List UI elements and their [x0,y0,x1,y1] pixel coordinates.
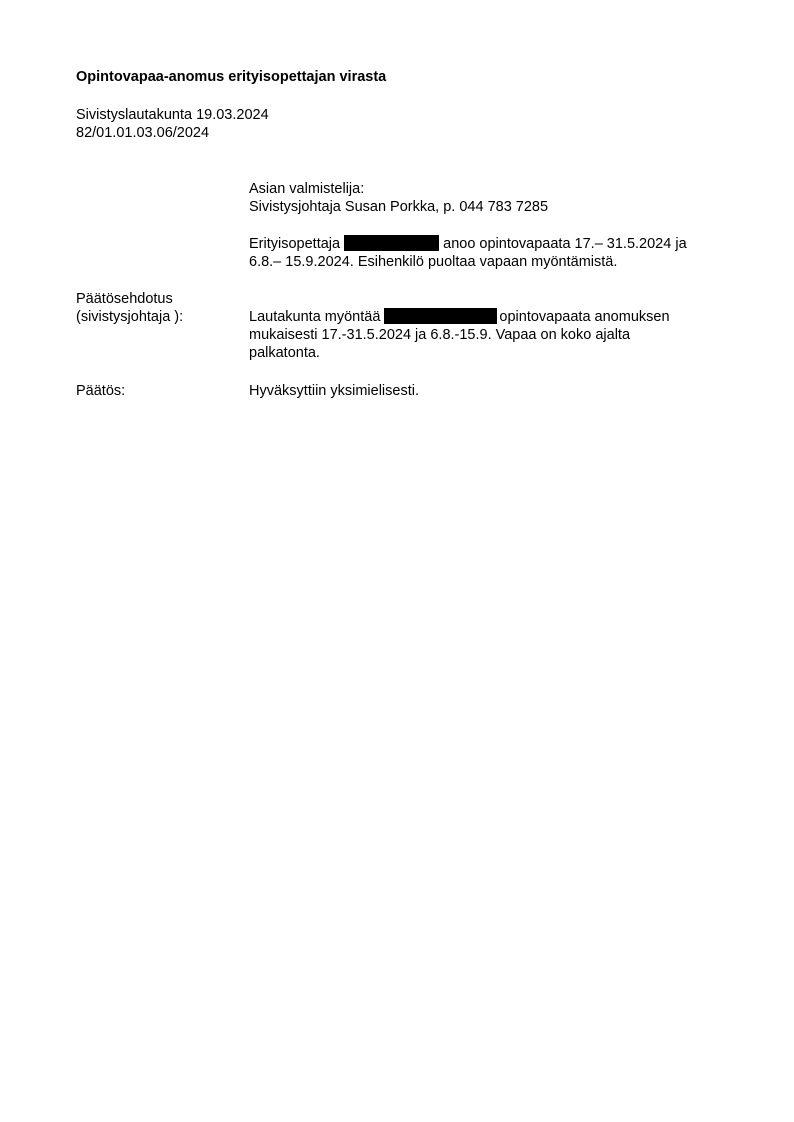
document-title: Opintovapaa-anomus erityisopettajan vira… [76,68,386,86]
proposal-text-a: Lautakunta myöntää [249,309,380,325]
preparer-label: Asian valmistelija: [249,180,364,198]
meeting-info: Sivistyslautakunta 19.03.2024 [76,106,269,124]
decision-text: Hyväksyttiin yksimielisesti. [249,382,419,400]
proposal-line-2: mukaisesti 17.-31.5.2024 ja 6.8.-15.9. V… [249,326,630,344]
decision-label: Päätös: [76,382,125,400]
reference-number: 82/01.01.03.06/2024 [76,124,209,142]
preparer: Sivistysjohtaja Susan Porkka, p. 044 783… [249,198,548,216]
proposal-line-1: Lautakunta myöntääopintovapaata anomukse… [249,308,670,326]
redacted-name [344,235,439,251]
redacted-name [384,308,497,324]
proposal-text-b: opintovapaata anomuksen [499,309,669,325]
description-text-b: anoo opintovapaata 17.– 31.5.2024 ja [439,236,687,252]
description-text-a: Erityisopettaja [249,236,344,252]
description-line-1: Erityisopettaja anoo opintovapaata 17.– … [249,235,687,253]
proposal-line-3: palkatonta. [249,344,320,362]
proposal-label-line-1: Päätösehdotus [76,290,173,308]
proposal-label-line-2: (sivistysjohtaja ): [76,308,183,326]
description-line-2: 6.8.– 15.9.2024. Esihenkilö puoltaa vapa… [249,253,617,271]
